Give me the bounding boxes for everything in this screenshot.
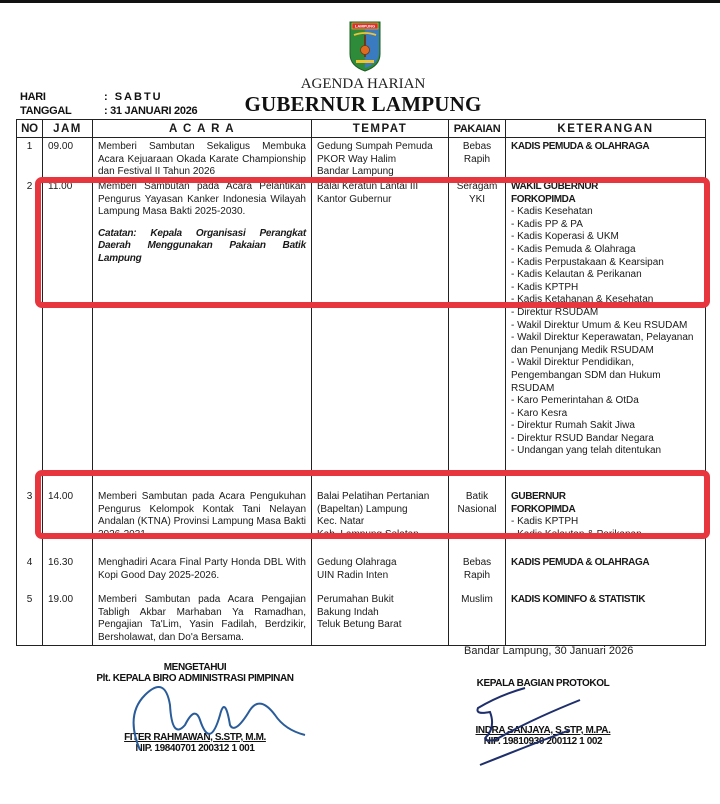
table-row: 1 09.00 Memberi Sambutan Sekaligus Membu… — [16, 138, 706, 178]
attire-line: Bebas — [454, 557, 500, 570]
location-line: Kab. Lampung Selatan — [317, 529, 443, 542]
cell-no: 5 — [16, 591, 42, 646]
attire-line: Seragam — [454, 181, 500, 194]
cell-no: 1 — [16, 138, 42, 178]
event-description: Memberi Sambutan Sekaligus Membuka Acara… — [98, 141, 306, 177]
location-line: Balai Keratun Lantai III — [317, 181, 443, 194]
cell-tempat: Gedung OlahragaUIN Radin Inten — [311, 554, 448, 591]
event-description: Memberi Sambutan pada Acara Pelantikan P… — [98, 181, 306, 217]
attendee-item: - Kadis PP & PA — [511, 219, 700, 232]
attendee-item: - Wakil Direktur Keperawatan, Pelayanan … — [511, 332, 700, 357]
attire-line: YKI — [454, 194, 500, 207]
table-row: 5 19.00 Memberi Sambutan pada Acara Peng… — [16, 591, 706, 646]
signer-title-right: KEPALA BAGIAN PROTOKOL — [448, 678, 638, 689]
column-header-tempat: TEMPAT — [311, 119, 448, 138]
attendee-item: - Kadis KPTPH — [511, 282, 700, 295]
attendee-item: - Karo Pemerintahan & OtDa — [511, 395, 700, 408]
cell-pakaian: Muslim — [448, 591, 505, 646]
agenda-table: NO JAM A C A R A TEMPAT PAKAIAN KETERANG… — [16, 119, 706, 646]
acknowledged-label: MENGETAHUI — [60, 662, 330, 673]
attendee-item: - Kadis Pemuda & Olahraga — [511, 244, 700, 257]
location-line: Gedung Sumpah Pemuda — [317, 141, 443, 154]
cell-jam: 19.00 — [42, 591, 92, 646]
attendee-item: - Wakil Direktur Umum & Keu RSUDAM — [511, 320, 700, 333]
attire-line: Muslim — [454, 594, 500, 607]
column-header-no: NO — [16, 119, 42, 138]
date-label: TANGGAL — [20, 105, 104, 117]
cell-keterangan: KADIS PEMUDA & OLAHRAGA — [505, 554, 706, 591]
cell-acara: Memberi Sambutan Sekaligus Membuka Acara… — [92, 138, 311, 178]
cell-jam: 11.00 — [42, 178, 92, 488]
date-value: : 31 JANUARI 2026 — [104, 105, 197, 117]
cell-keterangan: GUBERNURFORKOPIMDA- Kadis KPTPH- Kadis K… — [505, 488, 706, 554]
attendee-item: - Kadis KPTPH — [511, 516, 700, 529]
attendee-item: - Direktur Rumah Sakit Jiwa — [511, 420, 700, 433]
attendee-heading: KADIS PEMUDA & OLAHRAGA — [511, 557, 700, 570]
location-line: Balai Pelatihan Pertanian — [317, 491, 443, 504]
column-header-acara: A C A R A — [92, 119, 311, 138]
attendee-item: - Karo Kesra — [511, 408, 700, 421]
location-line: PKOR Way Halim — [317, 154, 443, 167]
attendee-item: - Undangan yang telah ditentukan — [511, 445, 700, 458]
location-line: Bandar Lampung — [317, 166, 443, 178]
table-row: 3 14.00 Memberi Sambutan pada Acara Peng… — [16, 488, 706, 554]
cell-acara: Memberi Sambutan pada Acara Pengukuhan P… — [92, 488, 311, 554]
location-line: Teluk Betung Barat — [317, 619, 443, 632]
event-description: Memberi Sambutan pada Acara Pengajian Ta… — [98, 594, 306, 643]
signer-name-right: INDRA SANJAYA, S.STP, M.PA. — [448, 725, 638, 736]
location-line: Kec. Natar — [317, 516, 443, 529]
cell-keterangan: KADIS KOMINFO & STATISTIK — [505, 591, 706, 646]
attendee-item: - Kadis Ketahanan & Kesehatan — [511, 294, 700, 307]
cell-tempat: Perumahan BukitBakung IndahTeluk Betung … — [311, 591, 448, 646]
cell-tempat: Gedung Sumpah PemudaPKOR Way HalimBandar… — [311, 138, 448, 178]
cell-no: 2 — [16, 178, 42, 488]
cell-pakaian: BatikNasional — [448, 488, 505, 554]
attendee-item: - Direktur RSUDAM — [511, 307, 700, 320]
svg-text:LAMPUNG: LAMPUNG — [355, 24, 375, 29]
cell-pakaian: BebasRapih — [448, 554, 505, 591]
signer-nip-left: NIP. 19840701 200312 1 001 — [60, 743, 330, 754]
signature-block-left: MENGETAHUI Plt. KEPALA BIRO ADMINISTRASI… — [60, 662, 330, 754]
cell-jam: 14.00 — [42, 488, 92, 554]
location-line: Kantor Gubernur — [317, 194, 443, 207]
attendee-heading: KADIS PEMUDA & OLAHRAGA — [511, 141, 700, 154]
attendee-item: - Kadis Kesehatan — [511, 206, 700, 219]
lampung-coat-of-arms-logo: LAMPUNG — [348, 20, 382, 72]
attendee-item: - Kadis Perpustakaan & Kearsipan — [511, 257, 700, 270]
cell-acara: Memberi Sambutan pada Acara Pelantikan P… — [92, 178, 311, 488]
cell-acara: Menghadiri Acara Final Party Honda DBL W… — [92, 554, 311, 591]
top-edge-bar — [0, 0, 720, 3]
location-line: UIN Radin Inten — [317, 570, 443, 583]
attendee-heading: FORKOPIMDA — [511, 194, 700, 207]
attendee-heading: WAKIL GUBERNUR — [511, 181, 700, 194]
cell-pakaian: SeragamYKI — [448, 178, 505, 488]
cell-no: 4 — [16, 554, 42, 591]
date-field: TANGGAL: 31 JANUARI 2026 — [20, 105, 197, 117]
attire-line: Bebas — [454, 141, 500, 154]
table-header-row: NO JAM A C A R A TEMPAT PAKAIAN KETERANG… — [16, 119, 706, 138]
table-row: 2 11.00 Memberi Sambutan pada Acara Pela… — [16, 178, 706, 488]
signer-title-left: Plt. KEPALA BIRO ADMINISTRASI PIMPINAN — [60, 673, 330, 684]
attendee-heading: KADIS KOMINFO & STATISTIK — [511, 594, 700, 607]
cell-jam: 09.00 — [42, 138, 92, 178]
signer-name-left: FITER RAHMAWAN, S.STP, M.M. — [60, 732, 330, 743]
signature-date-line: Bandar Lampung, 30 Januari 2026 — [464, 645, 633, 657]
location-line: Bakung Indah — [317, 607, 443, 620]
attendee-heading: GUBERNUR — [511, 491, 700, 504]
column-header-pakaian: PAKAIAN — [448, 119, 505, 138]
attire-line: Rapih — [454, 570, 500, 583]
table-row: 4 16.30 Menghadiri Acara Final Party Hon… — [16, 554, 706, 591]
day-value: : SABTU — [104, 91, 163, 103]
day-label: HARI — [20, 91, 104, 103]
attendee-item: - Direktur RSUD Bandar Negara — [511, 433, 700, 446]
cell-no: 3 — [16, 488, 42, 554]
event-description: Menghadiri Acara Final Party Honda DBL W… — [98, 557, 306, 581]
attendee-item: - Kadis Kelautan & Perikanan — [511, 269, 700, 282]
cell-acara: Memberi Sambutan pada Acara Pengajian Ta… — [92, 591, 311, 646]
day-field: HARI: SABTU — [20, 91, 163, 103]
signer-nip-right: NIP. 19810930 200112 1 002 — [448, 736, 638, 747]
column-header-keterangan: KETERANGAN — [505, 119, 706, 138]
cell-tempat: Balai Pelatihan Pertanian(Bapeltan) Lamp… — [311, 488, 448, 554]
table-body: 1 09.00 Memberi Sambutan Sekaligus Membu… — [16, 138, 706, 646]
attendee-heading: FORKOPIMDA — [511, 504, 700, 517]
attire-line: Rapih — [454, 154, 500, 167]
event-description: Memberi Sambutan pada Acara Pengukuhan P… — [98, 491, 306, 540]
cell-keterangan: KADIS PEMUDA & OLAHRAGA — [505, 138, 706, 178]
cell-keterangan: WAKIL GUBERNURFORKOPIMDA- Kadis Kesehata… — [505, 178, 706, 488]
location-line: Gedung Olahraga — [317, 557, 443, 570]
column-header-jam: JAM — [42, 119, 92, 138]
attire-line: Batik — [454, 491, 500, 504]
attendee-item: - Kadis Kelautan & Perikanan — [511, 529, 700, 542]
location-line: Perumahan Bukit — [317, 594, 443, 607]
attendee-item: - Kadis Koperasi & UKM — [511, 231, 700, 244]
cell-pakaian: BebasRapih — [448, 138, 505, 178]
attendee-item: - Wakil Direktur Pendidikan, Pengembanga… — [511, 357, 700, 395]
event-note: Catatan: Kepala Organisasi Perangkat Dae… — [98, 228, 306, 266]
cell-jam: 16.30 — [42, 554, 92, 591]
attire-line: Nasional — [454, 504, 500, 517]
signature-block-right: KEPALA BAGIAN PROTOKOL INDRA SANJAYA, S.… — [448, 678, 638, 747]
cell-tempat: Balai Keratun Lantai IIIKantor Gubernur — [311, 178, 448, 488]
location-line: (Bapeltan) Lampung — [317, 504, 443, 517]
